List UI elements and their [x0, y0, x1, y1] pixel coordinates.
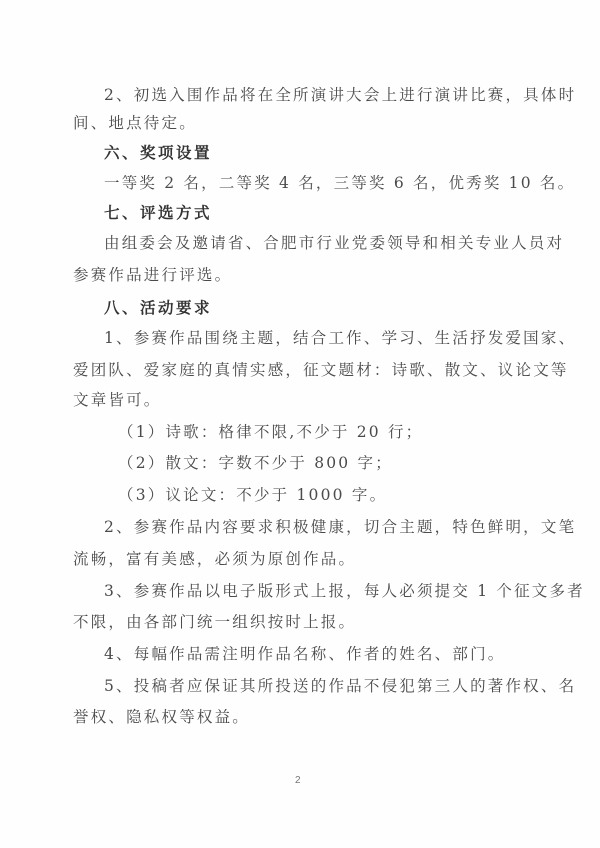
paragraph-line: 5、投稿者应保证其所投送的作品不侵犯第三人的著作权、名 [104, 676, 534, 696]
paragraph-line: 文章皆可。 [73, 390, 533, 410]
paragraph-line: 2、参赛作品内容要求积极健康，切合主题，特色鲜明，文笔 [104, 517, 534, 537]
paragraph-line: 爱团队、爱家庭的真情实感，征文题材：诗歌、散文、议论文等 [73, 360, 533, 380]
paragraph-line: 间、地点待定。 [73, 113, 533, 133]
section-heading-review: 七、评选方式 [104, 203, 564, 223]
paragraph-line: 誉权、隐私权等权益。 [73, 707, 533, 727]
paragraph-line: 不限，由各部门统一组织按时上报。 [73, 612, 533, 632]
paragraph-line: 1、参赛作品围绕主题，结合工作、学习、生活抒发爱国家、 [104, 328, 534, 348]
paragraph-line: 4、每幅作品需注明作品名称、作者的姓名、部门。 [104, 644, 534, 664]
page-number: 2 [295, 775, 301, 786]
paragraph-line: 流畅，富有美感，必须为原创作品。 [73, 549, 533, 569]
paragraph-line: 2、初选入围作品将在全所演讲大会上进行演讲比赛，具体时 [104, 85, 534, 105]
paragraph-line: 参赛作品进行评选。 [73, 265, 533, 285]
paragraph-line: 3、参赛作品以电子版形式上报，每人必须提交 1 个征文多者 [104, 581, 534, 601]
list-item: （3）议论文：不少于 1000 字。 [118, 485, 578, 505]
paragraph-line: 一等奖 2 名，二等奖 4 名，三等奖 6 名，优秀奖 10 名。 [104, 173, 534, 193]
document-page: 2、初选入围作品将在全所演讲大会上进行演讲比赛，具体时 间、地点待定。 六、奖项… [0, 0, 600, 848]
section-heading-requirements: 八、活动要求 [104, 298, 564, 318]
list-item: （1）诗歌：格律不限,不少于 20 行； [118, 422, 578, 442]
section-heading-awards: 六、奖项设置 [104, 143, 564, 163]
paragraph-line: 由组委会及邀请省、合肥市行业党委领导和相关专业人员对 [104, 233, 534, 253]
list-item: （2）散文：字数不少于 800 字； [118, 453, 578, 473]
